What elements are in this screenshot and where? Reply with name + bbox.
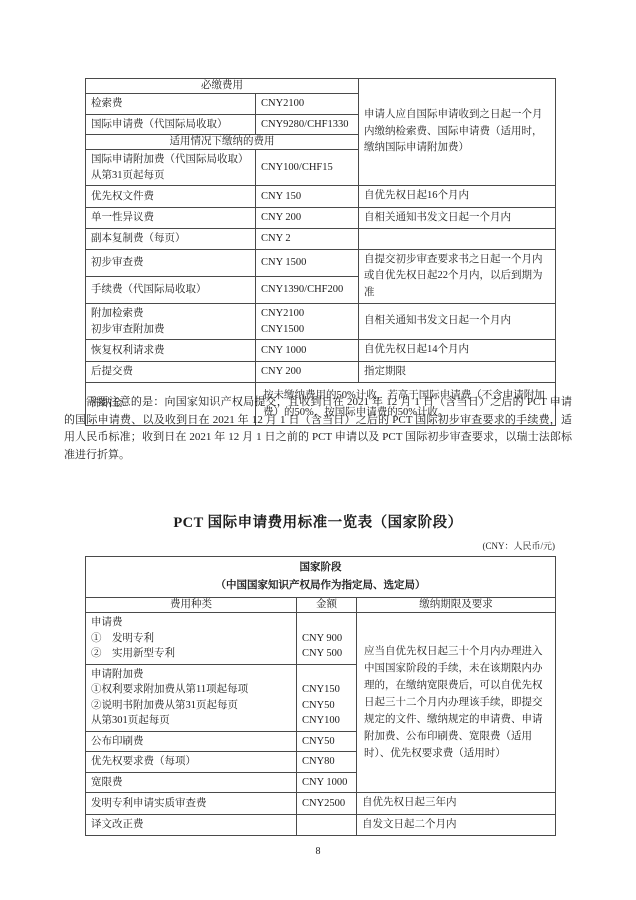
fee-name-cell: 手续费（代国际局收取） [86, 276, 256, 303]
fee-name-cell: 申请费 ① 发明专利 ② 实用新型专利 [86, 613, 297, 665]
currency-note: (CNY：人民币/元) [85, 539, 555, 552]
table-row: 费用种类 金额 缴纳期限及要求 [86, 598, 556, 613]
table-row: 必缴费用 申请人应自国际申请收到之日起一个月内缴纳检索费、国际申请费（适用时，缴… [86, 79, 556, 94]
fee-deadline-cell: 自优先权日起14个月内 [359, 340, 556, 362]
fee-name-cell: 宽限费 [86, 772, 297, 793]
column-header-amount: 金额 [297, 598, 357, 613]
national-stage-header: 国家阶段 （中国国家知识产权局作为指定局、选定局） [86, 557, 556, 598]
fee-table-national-phase: 国家阶段 （中国国家知识产权局作为指定局、选定局） 费用种类 金额 缴纳期限及要… [85, 556, 556, 836]
conditional-fees-header: 适用情况下缴纳的费用 [86, 135, 359, 150]
fee-amount-cell: CNY150 CNY50 CNY100 [297, 664, 357, 731]
fee-deadline-cell: 自相关通知书发文日起一个月内 [359, 304, 556, 340]
page-number: 8 [0, 846, 636, 857]
table-row: 优先权文件费 CNY 150 自优先权日起16个月内 [86, 186, 556, 208]
fee-amount-cell: CNY100/CHF15 [256, 150, 359, 186]
fee-deadline-cell: 指定期限 [359, 361, 556, 383]
table-row: 申请费 ① 发明专利 ② 实用新型专利 CNY 900 CNY 500 应当自优… [86, 613, 556, 665]
fee-deadline-cell: 自相关通知书发文日起一个月内 [359, 207, 556, 229]
fee-name-cell: 申请附加费 ①权利要求附加费从第11项起每项 ②说明书附加费从第31页起每页 从… [86, 664, 297, 731]
table-row: 发明专利申请实质审查费 CNY2500 自优先权日起三年内 [86, 793, 556, 815]
column-header-deadline: 缴纳期限及要求 [357, 598, 556, 613]
fee-deadline-cell: 自优先权日起16个月内 [359, 186, 556, 208]
fee-name-cell: 附加检索费 初步审查附加费 [86, 304, 256, 340]
fee-deadline-cell: 自优先权日起三年内 [357, 793, 556, 815]
table-row: 初步审查费 CNY 1500 自提交初步审查要求书之日起一个月内或自优先权日起2… [86, 249, 556, 276]
fee-amount-cell: CNY 1500 [256, 249, 359, 276]
table-row: 副本复制费（每页） CNY 2 [86, 229, 556, 250]
fee-amount-cell: CNY2100 [256, 94, 359, 115]
required-fees-header: 必缴费用 [86, 79, 359, 94]
fee-amount-cell: CNY 200 [256, 361, 359, 383]
fee-name-cell: 发明专利申请实质审查费 [86, 793, 297, 815]
fee-name-cell: 恢复权利请求费 [86, 340, 256, 362]
fee-name-cell: 国际申请附加费（代国际局收取） 从第31页起每页 [86, 150, 256, 186]
notice-paragraph: 需要注意的是：向国家知识产权局提交，且收到日在 2021 年 12 月 1 日（… [64, 394, 572, 464]
fee-amount-cell: CNY 150 [256, 186, 359, 208]
fee-amount-cell: CNY 1000 [297, 772, 357, 793]
fee-amount-cell: CNY2100 CNY1500 [256, 304, 359, 340]
fee-deadline-cell: 申请人应自国际申请收到之日起一个月内缴纳检索费、国际申请费（适用时，缴纳国际申请… [359, 79, 556, 186]
fee-deadline-cell: 自提交初步审查要求书之日起一个月内或自优先权日起22个月内，以后到期为准 [359, 249, 556, 304]
fee-name-cell: 初步审查费 [86, 249, 256, 276]
fee-name-cell: 检索费 [86, 94, 256, 115]
fee-deadline-cell: 自发文日起二个月内 [357, 814, 556, 836]
fee-name-cell: 单一性异议费 [86, 207, 256, 229]
fee-name-cell: 译文改正费 [86, 814, 297, 836]
fee-name-cell: 副本复制费（每页） [86, 229, 256, 250]
fee-amount-cell: CNY 2 [256, 229, 359, 250]
document-page: 必缴费用 申请人应自国际申请收到之日起一个月内缴纳检索费、国际申请费（适用时，缴… [0, 0, 636, 900]
fee-amount-cell: CNY80 [297, 752, 357, 773]
fee-name-cell: 国际申请费（代国际局收取） [86, 114, 256, 135]
fee-amount-cell: CNY 900 CNY 500 [297, 613, 357, 665]
fee-table-international-phase: 必缴费用 申请人应自国际申请收到之日起一个月内缴纳检索费、国际申请费（适用时，缴… [85, 78, 556, 426]
fee-name-cell: 后提交费 [86, 361, 256, 383]
table-row: 译文改正费 自发文日起二个月内 [86, 814, 556, 836]
fee-amount-cell: CNY9280/CHF1330 [256, 114, 359, 135]
fee-deadline-cell: 应当自优先权日起三十个月内办理进入中国国家阶段的手续，未在该期限内办理的，在缴纳… [357, 613, 556, 793]
fee-name-cell: 公布印刷费 [86, 731, 297, 752]
fee-amount-cell [297, 814, 357, 836]
fee-amount-cell: CNY50 [297, 731, 357, 752]
fee-name-cell: 优先权文件费 [86, 186, 256, 208]
fee-deadline-cell [359, 229, 556, 250]
table-row: 国家阶段 （中国国家知识产权局作为指定局、选定局） [86, 557, 556, 598]
table-row: 恢复权利请求费 CNY 1000 自优先权日起14个月内 [86, 340, 556, 362]
fee-amount-cell: CNY1390/CHF200 [256, 276, 359, 303]
table-row: 附加检索费 初步审查附加费 CNY2100 CNY1500 自相关通知书发文日起… [86, 304, 556, 340]
fee-amount-cell: CNY2500 [297, 793, 357, 815]
table-row: 单一性异议费 CNY 200 自相关通知书发文日起一个月内 [86, 207, 556, 229]
fee-name-cell: 优先权要求费（每项） [86, 752, 297, 773]
fee-amount-cell: CNY 1000 [256, 340, 359, 362]
column-header-fee-type: 费用种类 [86, 598, 297, 613]
page-title: PCT 国际申请费用标准一览表（国家阶段） [0, 511, 636, 532]
table-row: 后提交费 CNY 200 指定期限 [86, 361, 556, 383]
fee-amount-cell: CNY 200 [256, 207, 359, 229]
